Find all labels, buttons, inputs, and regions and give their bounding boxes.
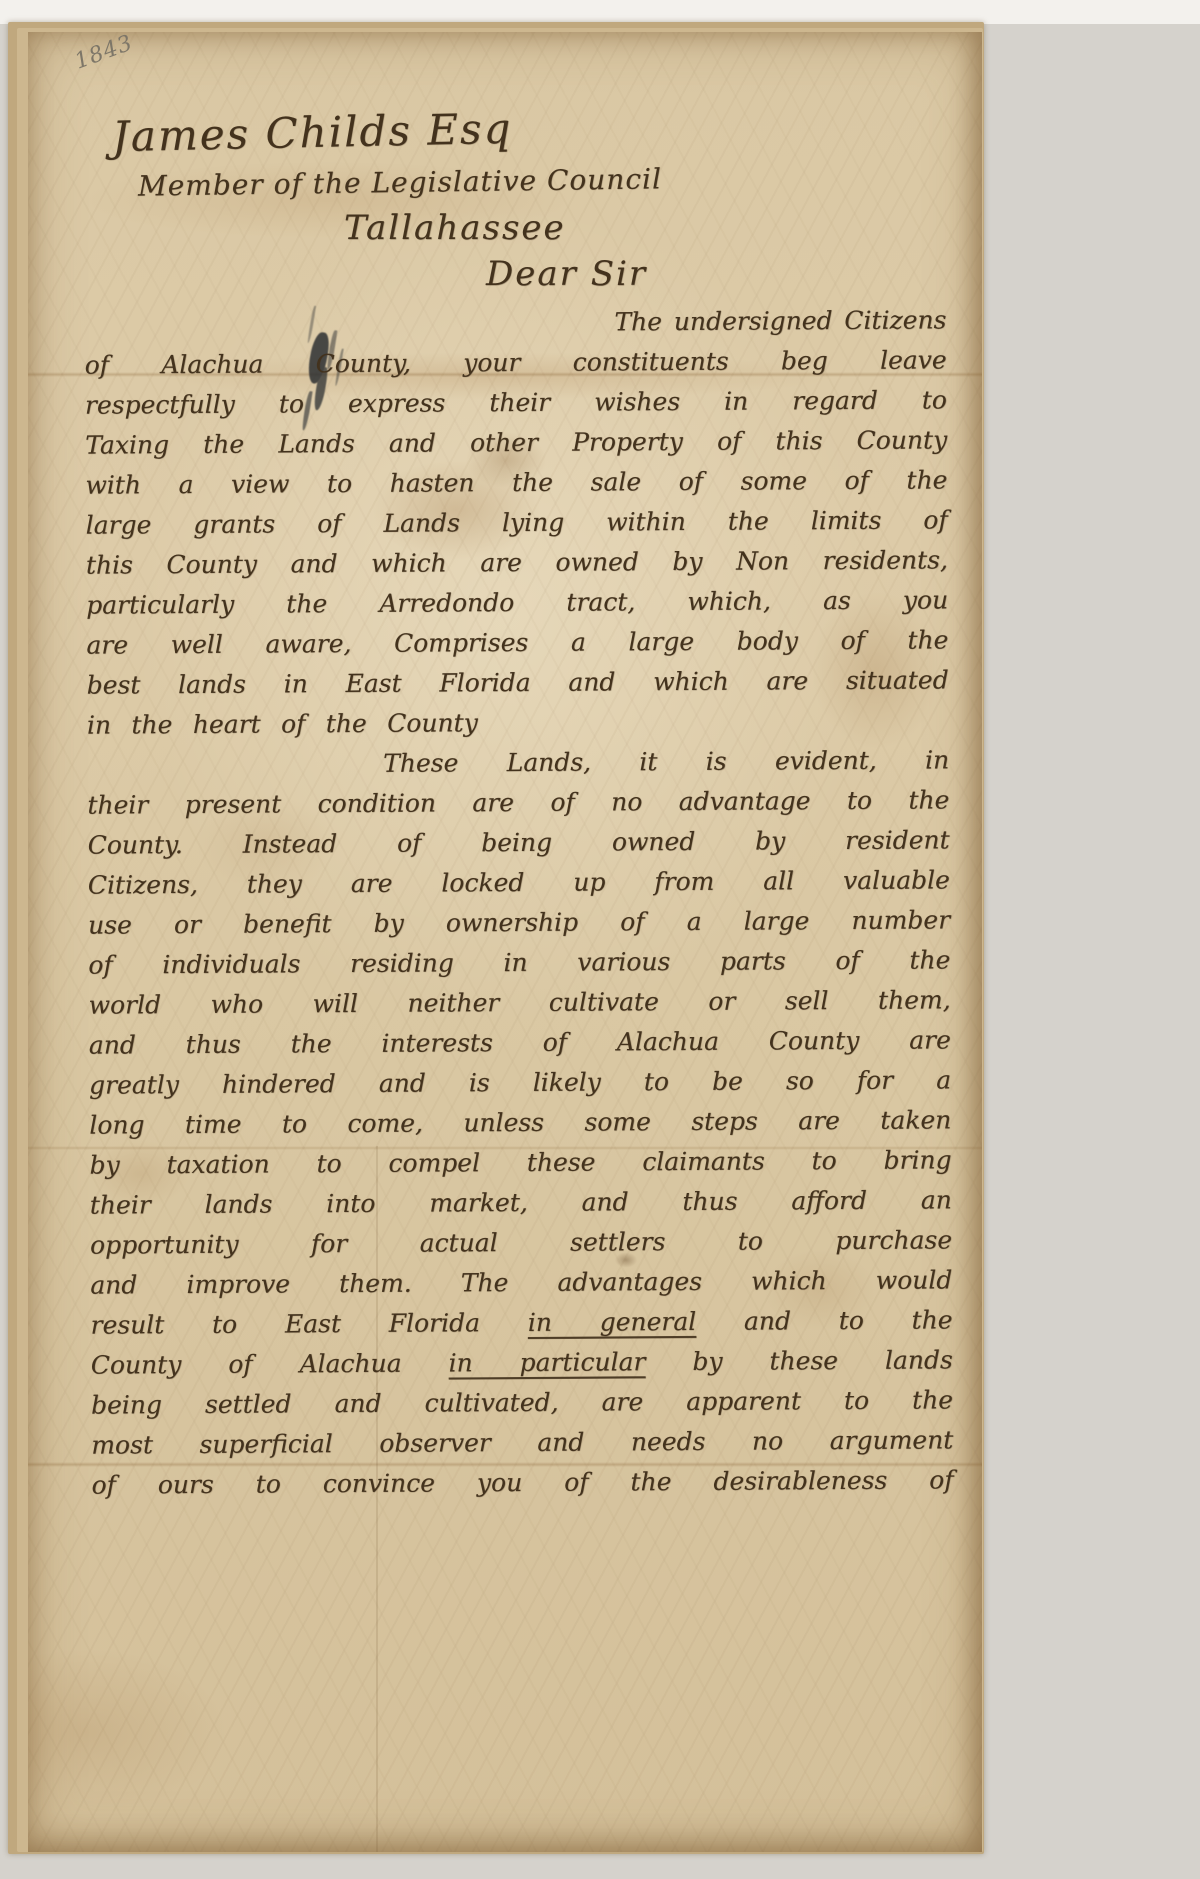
manuscript-line: large grants of Lands lying within the l… — [86, 500, 948, 545]
text-segment: of ours to convince you of the desirable… — [91, 1465, 953, 1499]
underlined-phrase: in particular — [448, 1347, 645, 1377]
manuscript-line: of ours to convince you of the desirable… — [91, 1460, 953, 1505]
manuscript-line: County of Alachua in particular by these… — [91, 1340, 953, 1385]
text-segment: particularly the Arredondo tract, which,… — [86, 585, 948, 619]
text-segment: large grants of Lands lying within the l… — [86, 505, 948, 539]
text-segment: by these lands — [645, 1345, 953, 1376]
text-segment: County of Alachua — [91, 1348, 449, 1379]
text-segment: their lands into market, and thus afford… — [90, 1185, 952, 1219]
text-segment: County. Instead of being owned by reside… — [88, 825, 950, 859]
manuscript-line: their present condition are of no advant… — [87, 780, 949, 825]
manuscript-line: use or benefit by ownership of a large n… — [88, 900, 950, 945]
manuscript-line: These Lands, it is evident, in — [87, 740, 949, 785]
manuscript-line: particularly the Arredondo tract, which,… — [86, 580, 948, 625]
text-segment: by taxation to compel these claimants to… — [90, 1145, 952, 1179]
text-segment: of Alachua County, your constituents beg… — [85, 345, 947, 379]
text-segment: and thus the interests of Alachua County… — [89, 1025, 951, 1059]
text-segment: and improve them. The advantages which w… — [90, 1265, 952, 1299]
text-segment: their present condition are of no advant… — [87, 785, 949, 819]
manuscript-line: of individuals residing in various parts… — [88, 940, 950, 985]
text-segment: world who will neither cultivate or sell… — [89, 985, 951, 1019]
manuscript-line: with a view to hasten the sale of some o… — [85, 460, 947, 505]
manuscript-line: opportunity for actual settlers to purch… — [90, 1220, 952, 1265]
manuscript-page: 1843 James Childs Esq Member of the Legi… — [28, 32, 982, 1852]
underlined-phrase: in general — [528, 1307, 697, 1337]
manuscript-line: County. Instead of being owned by reside… — [88, 820, 950, 865]
manuscript-line: Taxing the Lands and other Property of t… — [85, 420, 947, 465]
text-segment: opportunity for actual settlers to purch… — [90, 1225, 952, 1259]
text-segment: being settled and cultivated, are appare… — [91, 1385, 953, 1419]
manuscript-line: being settled and cultivated, are appare… — [91, 1380, 953, 1425]
manuscript-line: most superficial observer and needs no a… — [91, 1420, 953, 1465]
text-segment: These Lands, it is evident, in — [383, 745, 949, 777]
text-segment: result to East Florida — [90, 1308, 527, 1340]
manuscript-line: result to East Florida in general and to… — [90, 1300, 952, 1345]
text-segment: Citizens, they are locked up from all va… — [88, 865, 950, 899]
scan-background-band — [0, 0, 1200, 24]
salutation: Dear Sir — [486, 254, 647, 294]
manuscript-line: and improve them. The advantages which w… — [90, 1260, 952, 1305]
text-segment: this County and which are owned by Non r… — [86, 545, 948, 579]
text-segment: use or benefit by ownership of a large n… — [88, 905, 950, 939]
manuscript-line: best lands in East Florida and which are… — [87, 660, 949, 705]
text-segment: best lands in East Florida and which are… — [87, 665, 949, 699]
manuscript-line: in the heart of the County — [87, 700, 949, 745]
manuscript-line: their lands into market, and thus afford… — [90, 1180, 952, 1225]
manuscript-line: world who will neither cultivate or sell… — [88, 980, 950, 1025]
manuscript-line: respectfully to express their wishes in … — [85, 380, 947, 425]
recipient-city: Tallahassee — [344, 208, 566, 248]
manuscript-line: The undersigned Citizens — [84, 300, 946, 345]
manuscript-line: this County and which are owned by Non r… — [86, 540, 948, 585]
text-segment: respectfully to express their wishes in … — [85, 385, 947, 419]
letter-body: The undersigned Citizensof Alachua Count… — [84, 300, 953, 1505]
text-segment: of individuals residing in various parts… — [88, 945, 950, 979]
manuscript-line: are well aware, Comprises a large body o… — [86, 620, 948, 665]
text-segment: and to the — [696, 1305, 953, 1336]
text-segment: Taxing the Lands and other Property of t… — [85, 425, 947, 459]
recipient-name: James Childs Esq — [112, 104, 513, 161]
manuscript-line: of Alachua County, your constituents beg… — [85, 340, 947, 385]
manuscript-line: long time to come, unless some steps are… — [89, 1100, 951, 1145]
text-segment: The undersigned Citizens — [614, 305, 946, 336]
manuscript-line: by taxation to compel these claimants to… — [89, 1140, 951, 1185]
manuscript-line: Citizens, they are locked up from all va… — [88, 860, 950, 905]
manuscript-line: and thus the interests of Alachua County… — [89, 1020, 951, 1065]
text-segment: with a view to hasten the sale of some o… — [85, 465, 947, 499]
text-segment: greatly hindered and is likely to be so … — [89, 1065, 951, 1099]
text-segment: in the heart of the County — [87, 708, 478, 739]
text-segment: are well aware, Comprises a large body o… — [86, 625, 948, 659]
manuscript-line: greatly hindered and is likely to be so … — [89, 1060, 951, 1105]
text-segment: most superficial observer and needs no a… — [91, 1425, 953, 1459]
text-segment: long time to come, unless some steps are… — [89, 1105, 951, 1139]
